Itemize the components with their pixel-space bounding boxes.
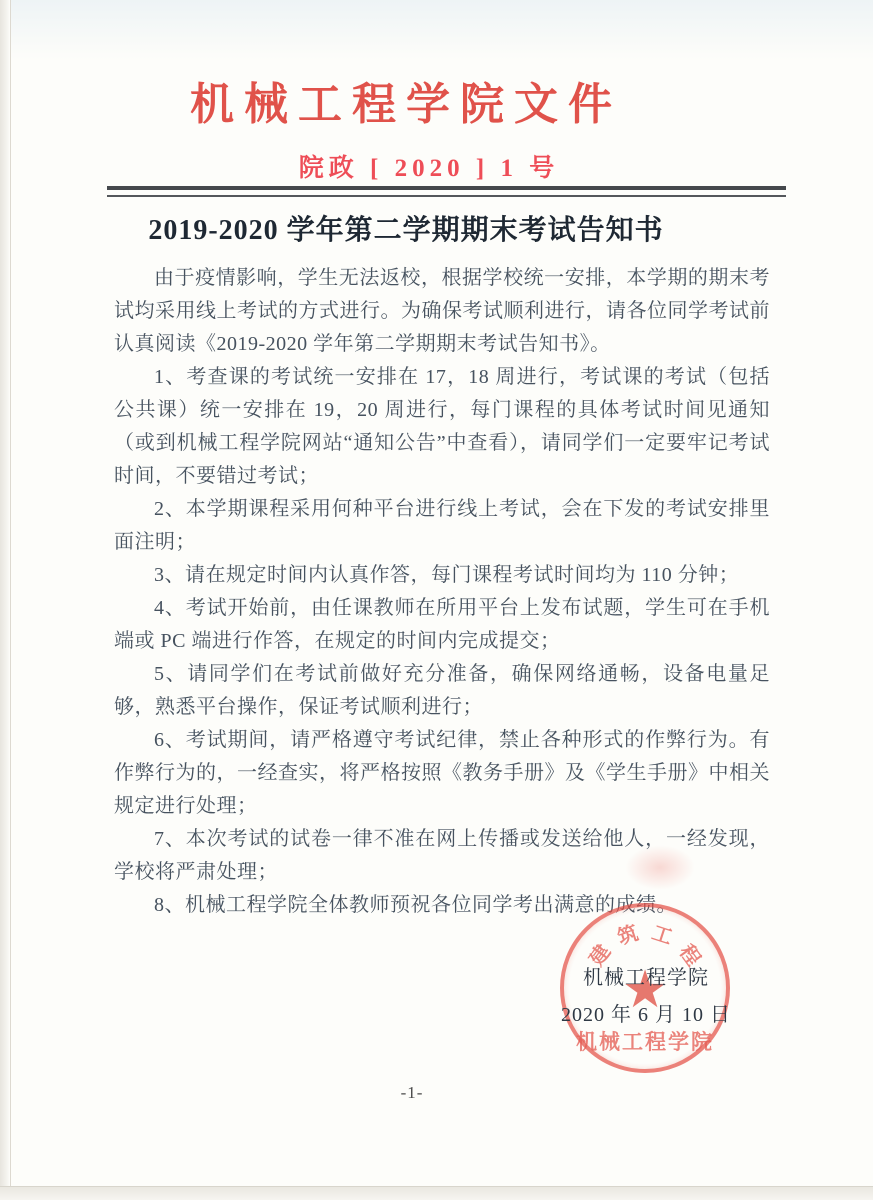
body-paragraph: 6、考试期间，请严格遵守考试纪律，禁止各种形式的作弊行为。有作弊行为的，一经查实…	[114, 724, 770, 823]
document-body: 由于疫情影响，学生无法返校，根据学校统一安排，本学期的期末考试均采用线上考试的方…	[114, 262, 770, 922]
scan-bottom-edge	[0, 1186, 873, 1200]
body-paragraph: 2、本学期课程采用何种平台进行线上考试，会在下发的考试安排里面注明；	[114, 493, 770, 559]
body-paragraph: 4、考试开始前，由任课教师在所用平台上发布试题，学生可在手机端或 PC 端进行作…	[114, 592, 770, 658]
stamp-ink-smudge	[625, 845, 695, 890]
document-number: 院政 [ 2020 ] 1 号	[0, 148, 858, 184]
body-paragraph: 3、请在规定时间内认真作答，每门课程考试时间均为 110 分钟；	[114, 559, 770, 592]
scanned-document-page: 机械工程学院文件 院政 [ 2020 ] 1 号 2019-2020 学年第二学…	[0, 0, 873, 1200]
signature-block: 机械工程学院 2020 年 6 月 10 日	[557, 960, 735, 1034]
seal-arc-char: 筑	[612, 918, 642, 948]
signature-date: 2020 年 6 月 10 日	[557, 997, 735, 1034]
signature-org: 机械工程学院	[557, 960, 735, 997]
body-paragraph: 5、请同学们在考试前做好充分准备，确保网络通畅，设备电量足够，熟悉平台操作，保证…	[114, 658, 770, 724]
scan-tint	[0, 0, 873, 60]
letterhead-org-title: 机械工程学院文件	[0, 68, 812, 132]
body-paragraph: 1、考查课的考试统一安排在 17，18 周进行，考试课的考试（包括公共课）统一安…	[114, 361, 770, 493]
page-number: -1-	[401, 1083, 424, 1103]
letterhead-divider	[107, 186, 786, 197]
body-paragraph: 由于疫情影响，学生无法返校，根据学校统一安排，本学期的期末考试均采用线上考试的方…	[114, 262, 770, 361]
seal-arc-char: 工	[648, 918, 678, 948]
document-title: 2019-2020 学年第二学期期末考试告知书	[0, 208, 812, 248]
